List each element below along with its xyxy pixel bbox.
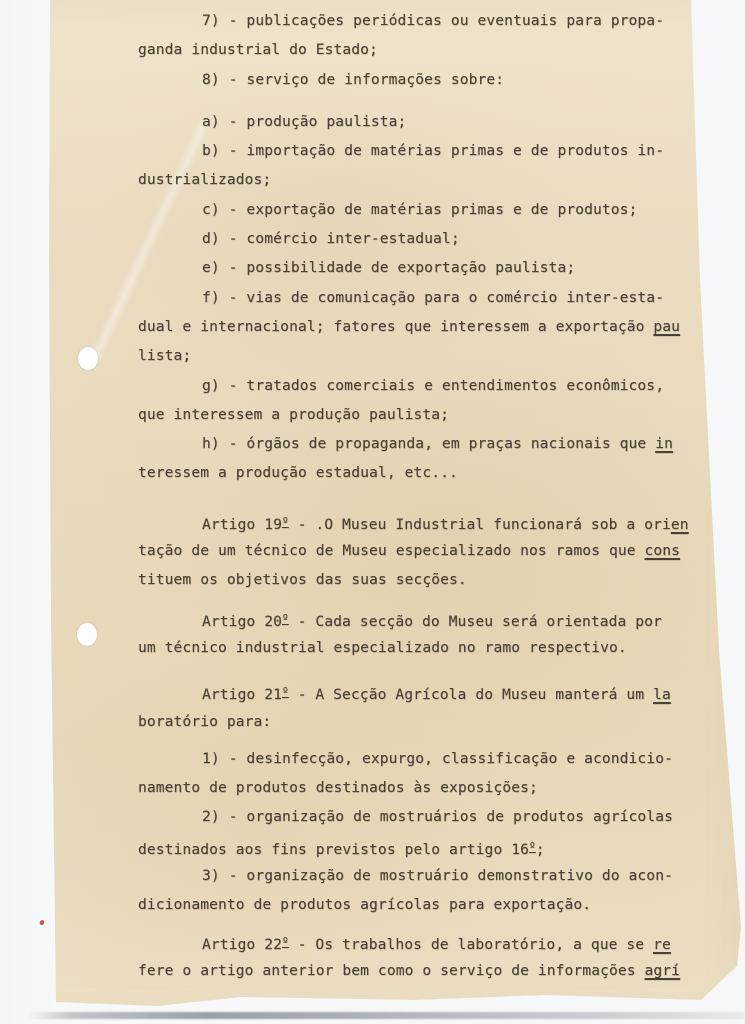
text-line: tituem os objetivos das suas secções. — [138, 565, 738, 594]
text-segment: 3) - organização de mostruário demonstra… — [202, 867, 673, 884]
ordinal-mark: º — [529, 840, 536, 853]
underlined-segment: re — [653, 936, 671, 953]
text-line: 8) - serviço de informações sobre: — [138, 65, 738, 94]
text-line: 2) - organização de mostruários de produ… — [138, 802, 738, 831]
text-line: f) - vias de comunicação para o comércio… — [138, 283, 738, 312]
text-line: e) - possibilidade de exportação paulist… — [138, 253, 738, 282]
text-segment: - Os trabalhos de laboratório, a que se — [289, 936, 653, 953]
punch-hole-top — [78, 347, 98, 370]
text-segment: h) - órgãos de propaganda, em praças nac… — [202, 435, 655, 452]
text-segment: g) - tratados comerciais e entendimentos… — [202, 377, 664, 394]
typewritten-text: 7) - publicações periódicas ou eventuais… — [138, 6, 738, 985]
text-segment: 7) - publicações periódicas ou eventuais… — [202, 12, 664, 29]
text-segment: ; — [536, 841, 545, 858]
underlined-segment: la — [653, 686, 671, 703]
underlined-segment: agrí — [645, 962, 681, 979]
text-segment: lista; — [138, 347, 191, 364]
text-segment: boratório para: — [138, 713, 271, 730]
text-line: h) - órgãos de propaganda, em praças nac… — [138, 429, 738, 458]
ink-speck — [39, 919, 45, 925]
text-line: 7) - publicações periódicas ou eventuais… — [138, 6, 738, 35]
text-segment: 8) - serviço de informações sobre: — [202, 71, 504, 88]
text-segment: b) - importação de matérias primas e de … — [202, 142, 664, 159]
text-segment: tituem os objetivos das suas secções. — [138, 571, 467, 588]
text-segment: Artigo 20 — [202, 613, 282, 630]
ordinal-mark: º — [282, 935, 289, 948]
text-segment: teressem a produção estadual, etc... — [138, 464, 458, 481]
text-line: dustrializados; — [138, 165, 738, 194]
text-line: teressem a produção estadual, etc... — [138, 458, 738, 487]
ordinal-mark: º — [282, 685, 289, 698]
text-segment: d) - comércio inter-estadual; — [202, 230, 460, 247]
text-segment: dustrializados; — [138, 171, 271, 188]
text-segment: e) - possibilidade de exportação paulist… — [202, 259, 575, 276]
text-line: que interessem a produção paulista; — [138, 400, 738, 429]
text-segment: tação de um técnico de Museu especializa… — [138, 542, 645, 559]
text-line: Artigo 19º - .O Museu Industrial funcion… — [138, 507, 738, 536]
ordinal-mark: º — [282, 612, 289, 625]
scanner-edge-shadow — [28, 1012, 745, 1019]
text-line: fere o artigo anterior bem como o serviç… — [138, 956, 738, 985]
text-segment: um técnico industrial especializado no r… — [138, 639, 627, 656]
text-segment: destinados aos fins previstos pelo artig… — [138, 841, 529, 858]
text-segment: que interessem a produção paulista; — [138, 406, 449, 423]
underlined-segment: cons — [645, 542, 681, 559]
text-segment: - Cada secção do Museu será orientada po… — [289, 613, 662, 630]
text-segment: dual e internacional; fatores que intere… — [138, 318, 653, 335]
text-segment: - .O Museu Industrial funcionará sob a o… — [289, 516, 671, 533]
text-segment: Artigo 19 — [202, 516, 282, 533]
text-line: Artigo 21º - A Secção Agrícola do Museu … — [138, 677, 738, 706]
text-segment: f) - vias de comunicação para o comércio… — [202, 289, 664, 306]
punch-hole-bottom — [77, 623, 97, 646]
text-segment: 2) - organização de mostruários de produ… — [202, 808, 673, 825]
text-segment: 1) - desinfecção, expurgo, classificação… — [202, 750, 673, 767]
text-line: namento de produtos destinados às exposi… — [138, 773, 738, 802]
text-line: ganda industrial do Estado; — [138, 35, 738, 64]
text-line: destinados aos fins previstos pelo artig… — [138, 832, 738, 861]
text-segment: dicionamento de produtos agrícolas para … — [138, 896, 591, 913]
text-line: a) - produção paulista; — [138, 107, 738, 136]
text-line: um técnico industrial especializado no r… — [138, 633, 738, 662]
text-line: d) - comércio inter-estadual; — [138, 224, 738, 253]
text-segment: namento de produtos destinados às exposi… — [138, 779, 538, 796]
text-segment: fere o artigo anterior bem como o serviç… — [138, 962, 645, 979]
text-line: Artigo 22º - Os trabalhos de laboratório… — [138, 927, 738, 956]
text-line: Artigo 20º - Cada secção do Museu será o… — [138, 604, 738, 633]
underlined-segment: pau — [653, 318, 680, 335]
text-segment: c) - exportação de matérias primas e de … — [202, 201, 637, 218]
text-line: g) - tratados comerciais e entendimentos… — [138, 371, 738, 400]
text-segment: Artigo 21 — [202, 686, 282, 703]
text-segment: a) - produção paulista; — [202, 113, 406, 130]
text-line: boratório para: — [138, 707, 738, 736]
text-line: c) - exportação de matérias primas e de … — [138, 195, 738, 224]
text-segment: Artigo 22 — [202, 936, 282, 953]
text-segment: - A Secção Agrícola do Museu manterá um — [289, 686, 653, 703]
text-line: lista; — [138, 341, 738, 370]
text-line: b) - importação de matérias primas e de … — [138, 136, 738, 165]
ordinal-mark: º — [282, 515, 289, 528]
text-line: dicionamento de produtos agrícolas para … — [138, 890, 738, 919]
text-segment: ganda industrial do Estado; — [138, 41, 378, 58]
scan-background: 7) - publicações periódicas ou eventuais… — [0, 0, 745, 1024]
underlined-segment: en — [671, 516, 689, 533]
text-line: 1) - desinfecção, expurgo, classificação… — [138, 744, 738, 773]
text-line: dual e internacional; fatores que intere… — [138, 312, 738, 341]
text-line: tação de um técnico de Museu especializa… — [138, 536, 738, 565]
text-line: 3) - organização de mostruário demonstra… — [138, 861, 738, 890]
underlined-segment: in — [655, 435, 673, 452]
